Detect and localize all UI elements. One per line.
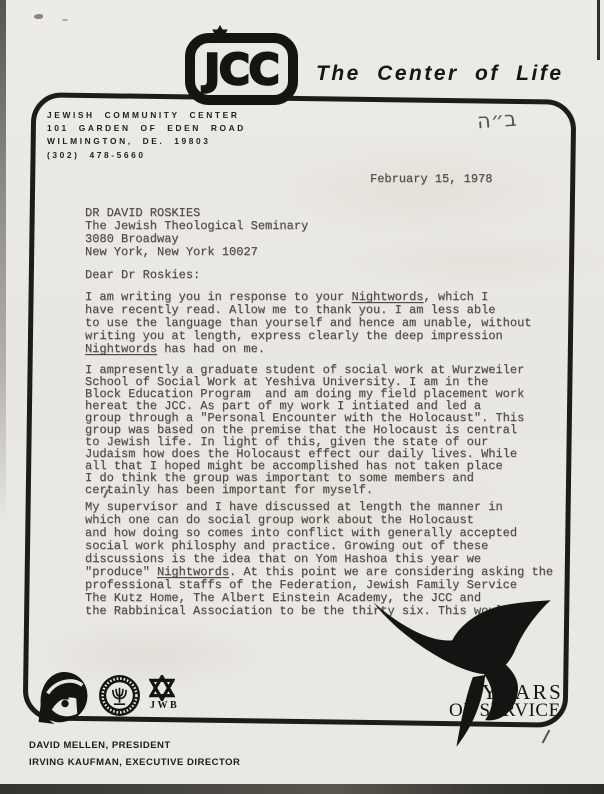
letter-paragraph: I ampresently a graduate student of soci… [85, 364, 585, 496]
salutation: Dear Dr Roskies: [85, 268, 200, 282]
letterhead-address-line: JEWISH COMMUNITY CENTER [47, 109, 246, 122]
jcc-logo-text: JCC [204, 47, 278, 93]
jwb-star-icon [149, 675, 175, 701]
jewish-federation-seal-icon [98, 674, 141, 717]
footer-president-name: DAVID MELLEN, PRESIDENT [29, 740, 171, 751]
jcc-logo: JCC [185, 33, 298, 105]
anniversary-of-service-text: OF SERVICE [449, 700, 561, 722]
scan-edge-top-right [597, 0, 600, 60]
footer-director-name: IRVING KAUFMAN, EXECUTIVE DIRECTOR [29, 757, 240, 768]
letterhead-address-line: WILMINGTON, DE. 19803 [47, 135, 246, 148]
letterhead-address-block: JEWISH COMMUNITY CENTER101 GARDEN OF EDE… [47, 109, 246, 162]
scan-speck [62, 19, 68, 21]
tagline: The Center of Life [316, 62, 564, 86]
letterhead-address-line: 101 GARDEN OF EDEN ROAD [47, 122, 246, 135]
scan-edge-left [0, 0, 6, 520]
recipient-address-block: DR DAVID ROSKIESThe Jewish Theological S… [85, 207, 308, 259]
scanned-letter-page: JCC The Center of Life JEWISH COMMUNITY … [0, 0, 604, 794]
scan-edge-bottom [0, 784, 604, 794]
letter-paragraphs: I am writing you in response to your Nig… [85, 291, 585, 618]
united-way-logo-icon [38, 671, 90, 724]
scan-speck [34, 14, 43, 19]
jwb-label: JWB [150, 700, 179, 711]
letter-date: February 15, 1978 [370, 172, 492, 186]
anniversary-75-logo [358, 594, 563, 752]
letterhead-address-line: (302) 478-5660 [47, 149, 246, 162]
recipient-address-line: New York, New York 10027 [85, 246, 308, 259]
handwritten-hebrew-note: ב״ה [476, 107, 517, 134]
star-of-david-icon [211, 25, 229, 43]
letter-paragraph: I am writing you in response to your Nig… [85, 291, 585, 356]
